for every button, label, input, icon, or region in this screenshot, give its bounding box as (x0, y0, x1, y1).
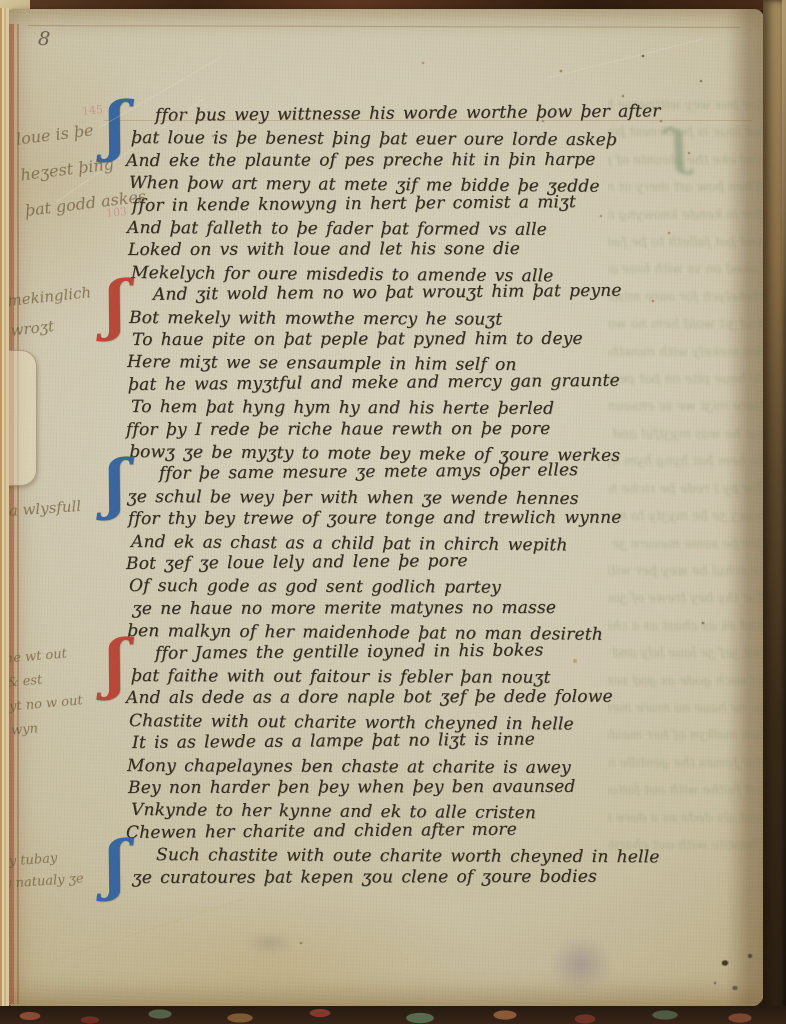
manuscript-line: Bot mekely with mowthe mercy he souʒt (129, 308, 502, 332)
manuscript-line: Bot ʒef ʒe loue lely and lene þe pore (126, 551, 468, 576)
manuscript-line: ffor in kende knowyng in hert þer comist… (132, 192, 576, 218)
manuscript-line: To hem þat hyng hym hy and his herte þer… (131, 397, 554, 421)
manuscript-line: And ʒit wold hem no wo þat wrouʒt him þa… (126, 281, 622, 308)
manuscript-line: To haue pite on þat peple þat pyned him … (132, 329, 583, 353)
manuscript-line: ffor James the gentille ioyned in his bo… (128, 640, 544, 666)
manuscript-line: ʒe curatoures þat kepen ʒou clene of ʒou… (132, 866, 597, 890)
manuscript-line: And als dede as a dore naple bot ʒef þe … (126, 687, 613, 711)
marbled-edge-bottom (0, 1006, 786, 1024)
manuscript-line: Of such gode as god sent godlich partey (129, 576, 501, 600)
manuscript-line: þat he was myʒtful and meke and mercy ga… (128, 371, 620, 398)
grey-smudge (246, 932, 294, 954)
manuscript-line: And eke the plaunte of pes preche hit in… (126, 150, 596, 174)
manuscript-line: ffor þy I rede þe riche haue rewth on þe… (126, 418, 550, 442)
purple-stain (550, 936, 612, 992)
folio-number: 8 (37, 28, 51, 51)
manuscript-line: Loked on vs with loue and let his sone d… (128, 239, 520, 262)
manuscript-line: ʒe ne haue no more merite matynes no mas… (132, 598, 556, 622)
marginal-note: a wlysfull (8, 493, 82, 524)
manuscript-line: Bey non harder þen þey when þey ben avau… (128, 777, 575, 801)
binding-edge-left (0, 8, 9, 1008)
manuscript-line: Chewen her charite and chiden after more (126, 819, 517, 845)
manuscript-line: It is as lewde as a lampe þat no liʒt is… (132, 730, 535, 756)
marginal-note: loue is þeheʒest þingþat godd askes (14, 107, 148, 229)
marginal-note: mekinglichwroʒt (6, 277, 96, 345)
manuscript-line: ffor þus wey wittnesse his worde worthe … (128, 101, 661, 128)
manuscript-line: ffor þe same mesure ʒe mete amys oþer el… (132, 460, 578, 486)
text-block: ʃffor þus wey wittnesse his worde worthe… (128, 106, 676, 896)
parchment-specks (0, 0, 2, 2)
page-edges-right (763, 0, 786, 1024)
manuscript-line: ffor thy bey trewe of ʒoure tonge and tr… (128, 508, 622, 532)
page-curve-shadow (726, 9, 764, 1007)
marginal-note-line: a wlysfull (8, 493, 82, 524)
marginal-note: he wt out& estyt no w outwyn (4, 642, 86, 744)
marginal-note: ry tubayy natualy ʒe (2, 846, 85, 895)
manuscript-photo: 8 145 103 ʃ ffor þus wey wittnesse his w… (0, 0, 786, 1024)
